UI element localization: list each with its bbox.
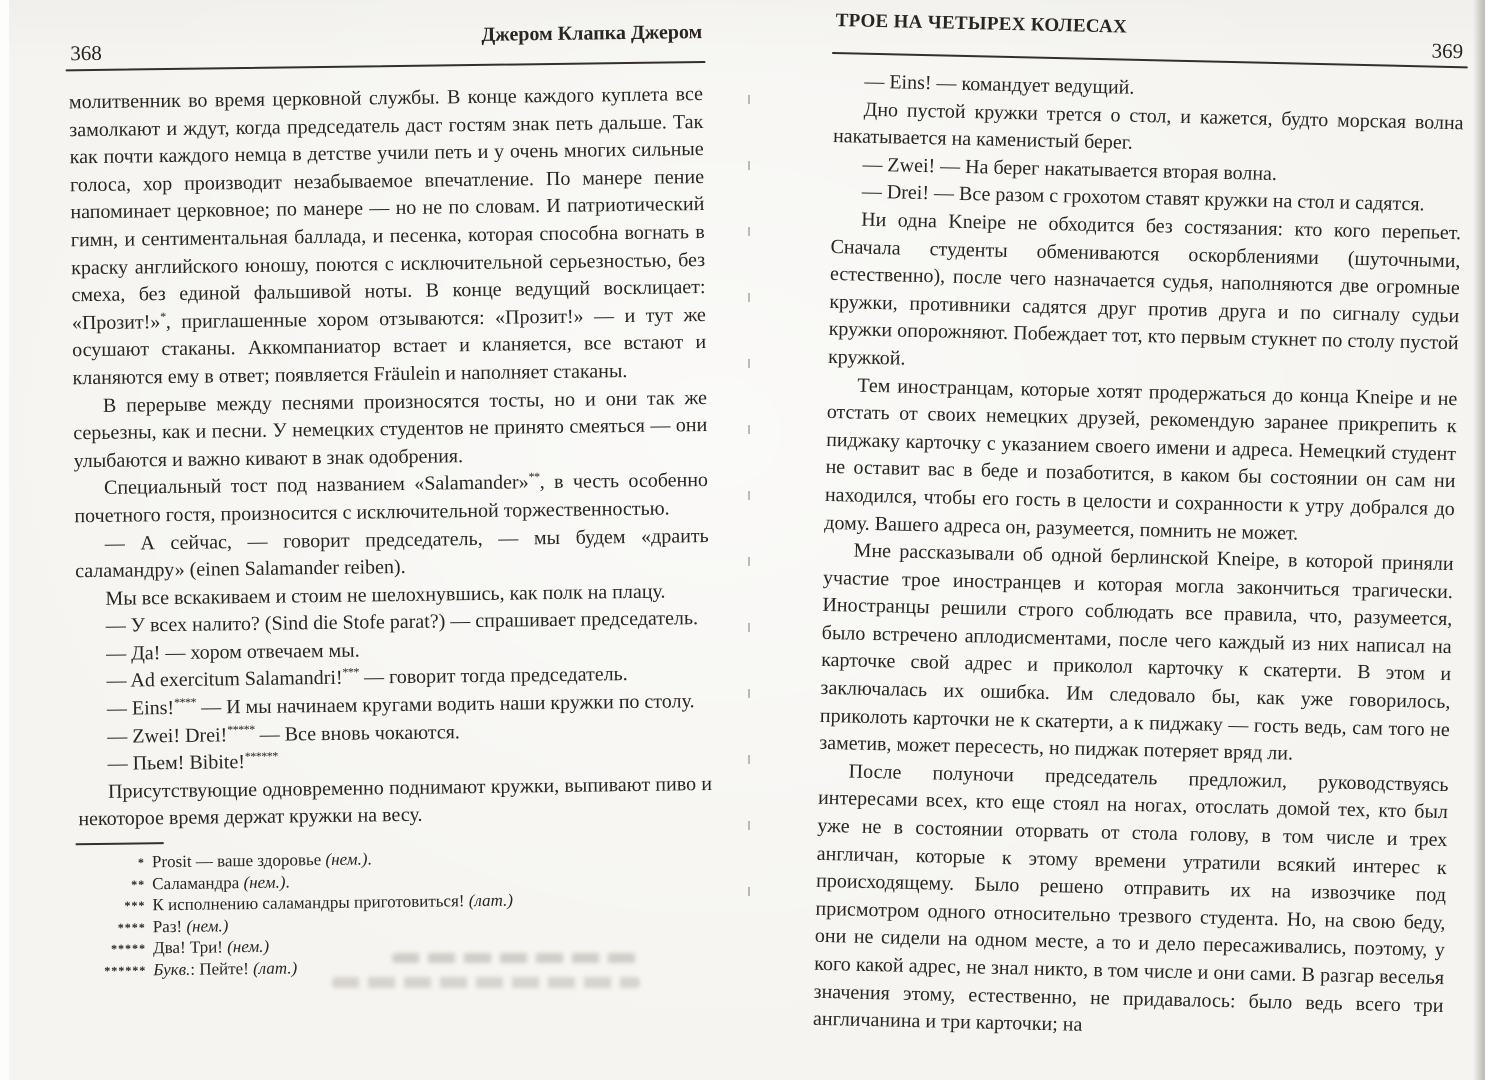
book-scan: 368 Джером Клапка Джером молитвенник во …	[0, 0, 1485, 1080]
footnote-stars: ***	[79, 895, 152, 917]
paragraph: Ни одна Kneipe не обходится без состязан…	[828, 206, 1462, 386]
paragraph: Специальный тост под названием «Salamand…	[74, 467, 709, 530]
right-page-header: ТРОЕ НА ЧЕТЫРЕХ КОЛЕСАХ 369	[835, 8, 1466, 72]
paragraph: В перерыве между песнями произносятся то…	[73, 385, 708, 476]
left-page-number: 368	[70, 41, 102, 66]
page-369: ТРОЕ НА ЧЕТЫРЕХ КОЛЕСАХ 369 — Eins! — ко…	[813, 8, 1466, 1048]
footnote-stars: *****	[80, 938, 153, 960]
page-edge-left	[0, 0, 9, 1080]
footnote-stars: *	[79, 852, 152, 874]
footnote-stars: **	[79, 874, 152, 896]
right-running-header: ТРОЕ НА ЧЕТЫРЕХ КОЛЕСАХ	[835, 10, 1127, 39]
left-running-header: Джером Клапка Джером	[481, 21, 702, 47]
paragraph: Тем иностранцам, которые хотят продержат…	[824, 371, 1458, 551]
paragraph: молитвенник во время церковной службы. В…	[69, 81, 707, 393]
footnote-separator-rule	[76, 842, 164, 845]
left-page-body: молитвенник во время церковной службы. В…	[69, 81, 713, 834]
footnote-stars: ****	[80, 917, 153, 939]
right-page-body: — Eins! — командует ведущий.Дно пустой к…	[813, 68, 1465, 1048]
paragraph: Мне рассказывали об одной берлинской Kne…	[819, 537, 1454, 772]
paragraph: — А сейчас, — говорит председатель, — мы…	[75, 522, 710, 585]
gutter-binding-marks	[748, 95, 750, 925]
page-368: 368 Джером Клапка Джером молитвенник во …	[68, 21, 714, 981]
paragraph: После полуночи председатель предложил, р…	[813, 758, 1449, 1048]
right-header-rule	[832, 52, 1468, 68]
right-page-number: 369	[1431, 39, 1463, 65]
footnotes-block: *Prosit — ваше здоровье (нем.).**Саламан…	[79, 844, 715, 981]
paragraph: Присутствующие одновременно поднимают кр…	[78, 771, 713, 834]
ink-bleedthrough	[332, 977, 640, 988]
footnote-stars: ******	[80, 960, 153, 982]
left-page-header: 368 Джером Клапка Джером	[68, 21, 703, 73]
left-header-rule	[66, 61, 706, 71]
page-edge-right	[1473, 0, 1485, 1080]
